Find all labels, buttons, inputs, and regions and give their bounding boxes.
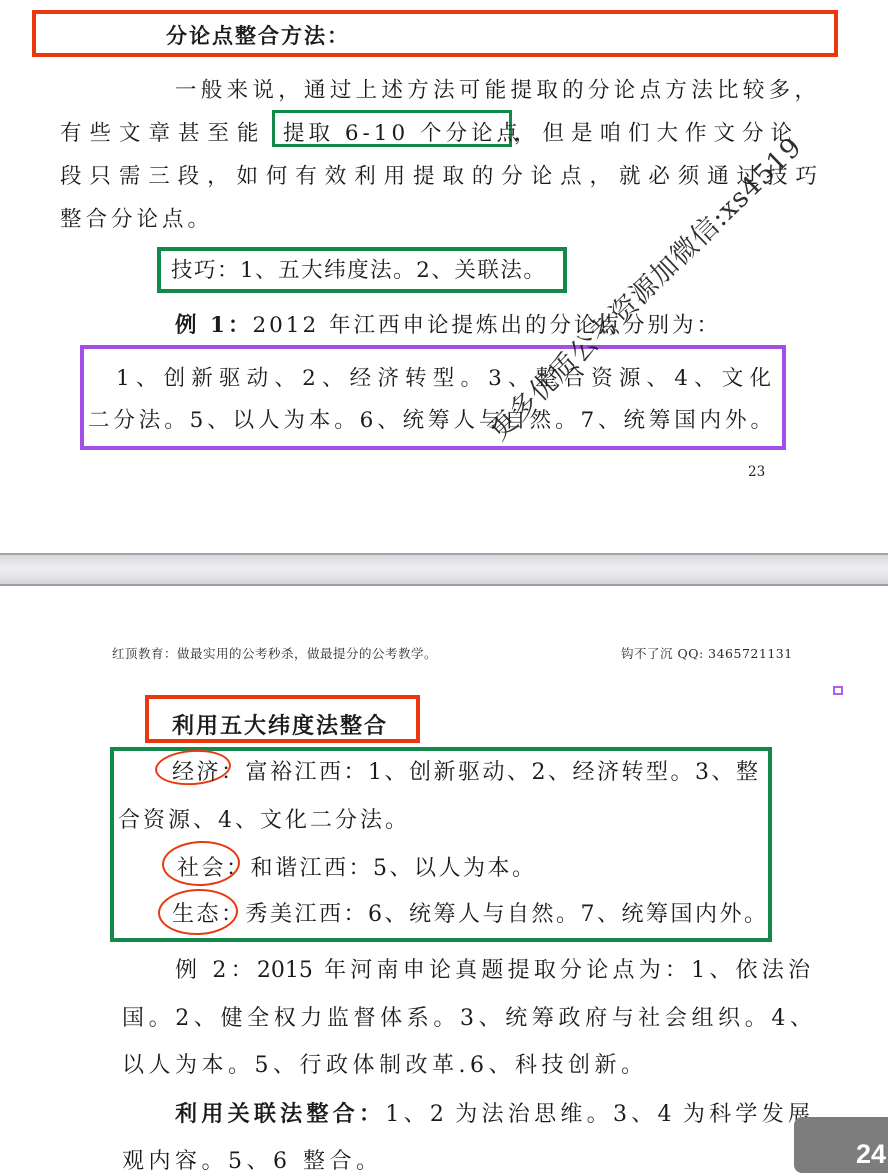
association-text: 1、2 为法治思维。3、4 为科学发展 (385, 1102, 810, 1127)
example2-text: 2015 年河南申论真题提取分论点为：1、依法治 (257, 958, 810, 983)
association-label: 利用关联法整合： (175, 1101, 385, 1127)
paragraph-line: 整合分论点。 (60, 206, 213, 234)
dimension-line-economy-cont: 合资源、4、文化二分法。 (118, 807, 410, 836)
page-badge-number: 24 (856, 1139, 886, 1170)
purple-box-line: 1、创新驱动、2、经济转型。3、整合资源、4、文化 (116, 365, 771, 393)
example1-text: 2012 年江西申论提炼出的分论点分别为： (252, 313, 721, 338)
example2-label: 例 2： (175, 958, 257, 983)
paragraph-line: 有些文章甚至能 (60, 120, 267, 148)
document-viewer: 分论点整合方法： 一般来说，通过上述方法可能提取的分论点方法比较多， 有些文章甚… (0, 0, 888, 1176)
example2-line: 国。2、健全权力监督体系。3、统筹政府与社会组织。4、 (122, 1005, 812, 1034)
technique-line: 技巧：1、五大纬度法。2、关联法。 (171, 257, 546, 285)
association-line: 利用关联法整合：1、2 为法治思维。3、4 为科学发展 (175, 1100, 810, 1130)
dimension-line-economy: 经济：富裕江西：1、创新驱动、2、经济转型。3、整 (172, 759, 761, 788)
page-separator (0, 553, 888, 586)
example2-line: 以人为本。5、行政体制改革.6、科技创新。 (122, 1052, 648, 1081)
paragraph-line: 段只需三段，如何有效利用提取的分论点，就必须通过技巧 (60, 163, 817, 191)
page-badge: 24 (794, 1117, 888, 1173)
example1-label: 例 1： (175, 313, 252, 338)
page-header-right: 钩不了沉 QQ: 3465721131 (621, 646, 793, 662)
selection-handle-icon (833, 686, 843, 695)
highlighted-text: 提取 6-10 个分论点 (283, 120, 522, 148)
section-heading: 分论点整合方法： (166, 22, 350, 49)
red-annotation-box-title (32, 10, 838, 57)
association-line: 观内容。5、6 整合。 (122, 1148, 383, 1176)
paragraph-line: ，但是咱们大作文分论 (514, 120, 799, 148)
dimension-text: ：富裕江西：1、创新驱动、2、经济转型。3、整 (221, 760, 761, 785)
method-heading: 利用五大纬度法整合 (172, 712, 388, 741)
circled-word-society: 社会 (177, 856, 226, 881)
dimension-line-society: 社会：和谐江西：5、以人为本。 (177, 855, 537, 884)
page-number: 23 (748, 464, 765, 482)
example2-line: 例 2：2015 年河南申论真题提取分论点为：1、依法治 (175, 957, 810, 986)
dimension-line-ecology: 生态：秀美江西：6、统筹人与自然。7、统筹国内外。 (172, 901, 769, 930)
dimension-text: ：秀美江西：6、统筹人与自然。7、统筹国内外。 (221, 902, 769, 927)
circled-word-economy: 经济 (172, 760, 221, 785)
page-header-left: 红顶教育：做最实用的公考秒杀，做最提分的公考教学。 (112, 646, 437, 662)
paragraph-line: 一般来说，通过上述方法可能提取的分论点方法比较多， (175, 77, 816, 105)
circled-word-ecology: 生态 (172, 902, 221, 927)
dimension-text: ：和谐江西：5、以人为本。 (226, 856, 537, 881)
purple-box-line: 二分法。5、以人为本。6、统筹人与自然。7、统筹国内外。 (88, 407, 772, 435)
